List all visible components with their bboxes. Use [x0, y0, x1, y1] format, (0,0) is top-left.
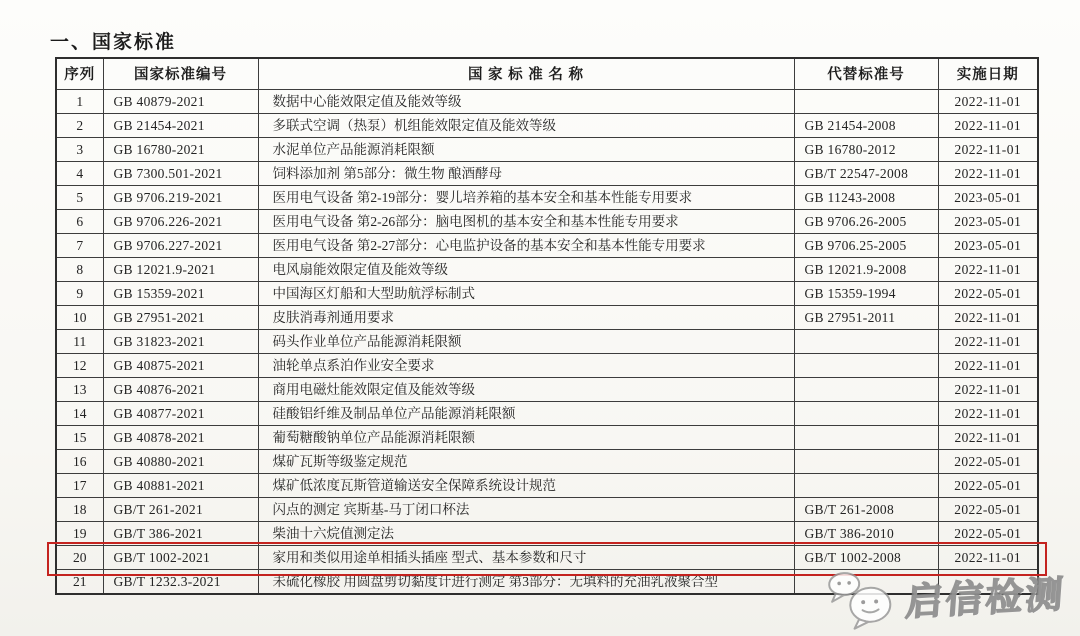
table-row: 1 GB 40879-2021 数据中心能效限定值及能效等级 2022-11-0…	[56, 89, 1038, 113]
header-name: 国 家 标 准 名 称	[258, 58, 794, 89]
cell-seq: 11	[56, 329, 103, 353]
table-body: 1 GB 40879-2021 数据中心能效限定值及能效等级 2022-11-0…	[56, 89, 1038, 594]
cell-date: 2022-11-01	[938, 89, 1038, 113]
cell-code: GB 31823-2021	[103, 329, 258, 353]
cell-code: GB 9706.219-2021	[103, 185, 258, 209]
cell-seq: 3	[56, 137, 103, 161]
cell-code: GB 40875-2021	[103, 353, 258, 377]
chat-bubbles-face-icon	[819, 568, 908, 634]
table-row: 14 GB 40877-2021 硅酸铝纤维及制品单位产品能源消耗限额 2022…	[56, 401, 1038, 425]
header-code: 国家标准编号	[103, 58, 258, 89]
cell-replaced	[794, 377, 938, 401]
cell-seq: 4	[56, 161, 103, 185]
cell-name: 中国海区灯船和大型助航浮标制式	[258, 281, 794, 305]
cell-name: 医用电气设备 第2-19部分：婴儿培养箱的基本安全和基本性能专用要求	[258, 185, 794, 209]
cell-date: 2023-05-01	[938, 209, 1038, 233]
table-row: 15 GB 40878-2021 葡萄糖酸钠单位产品能源消耗限额 2022-11…	[56, 425, 1038, 449]
cell-name: 葡萄糖酸钠单位产品能源消耗限额	[258, 425, 794, 449]
header-date: 实施日期	[938, 58, 1038, 89]
cell-name: 医用电气设备 第2-27部分：心电监护设备的基本安全和基本性能专用要求	[258, 233, 794, 257]
cell-name: 油轮单点系泊作业安全要求	[258, 353, 794, 377]
cell-seq: 6	[56, 209, 103, 233]
cell-replaced: GB 16780-2012	[794, 137, 938, 161]
cell-date: 2023-05-01	[938, 233, 1038, 257]
cell-code: GB 7300.501-2021	[103, 161, 258, 185]
header-seq: 序列	[56, 58, 103, 89]
cell-replaced: GB/T 386-2010	[794, 521, 938, 545]
cell-seq: 12	[56, 353, 103, 377]
cell-name: 柴油十六烷值测定法	[258, 521, 794, 545]
cell-name: 医用电气设备 第2-26部分：脑电图机的基本安全和基本性能专用要求	[258, 209, 794, 233]
cell-code: GB 15359-2021	[103, 281, 258, 305]
cell-date: 2022-11-01	[938, 113, 1038, 137]
cell-date: 2022-05-01	[938, 521, 1038, 545]
cell-replaced: GB/T 261-2008	[794, 497, 938, 521]
cell-seq: 10	[56, 305, 103, 329]
cell-code: GB 21454-2021	[103, 113, 258, 137]
cell-seq: 20	[56, 545, 103, 569]
cell-replaced: GB 21454-2008	[794, 113, 938, 137]
cell-name: 商用电磁灶能效限定值及能效等级	[258, 377, 794, 401]
cell-replaced	[794, 473, 938, 497]
table-row: 2 GB 21454-2021 多联式空调（热泵）机组能效限定值及能效等级 GB…	[56, 113, 1038, 137]
cell-seq: 7	[56, 233, 103, 257]
cell-replaced: GB 9706.25-2005	[794, 233, 938, 257]
cell-replaced	[794, 401, 938, 425]
cell-name: 煤矿瓦斯等级鉴定规范	[258, 449, 794, 473]
table-row: 9 GB 15359-2021 中国海区灯船和大型助航浮标制式 GB 15359…	[56, 281, 1038, 305]
cell-seq: 21	[56, 569, 103, 594]
watermark: 启信检测	[819, 560, 1068, 635]
cell-seq: 2	[56, 113, 103, 137]
cell-code: GB 40876-2021	[103, 377, 258, 401]
cell-code: GB 9706.227-2021	[103, 233, 258, 257]
cell-replaced: GB 12021.9-2008	[794, 257, 938, 281]
cell-replaced: GB 11243-2008	[794, 185, 938, 209]
cell-code: GB/T 386-2021	[103, 521, 258, 545]
cell-code: GB 40881-2021	[103, 473, 258, 497]
table-row: 12 GB 40875-2021 油轮单点系泊作业安全要求 2022-11-01	[56, 353, 1038, 377]
table-row: 16 GB 40880-2021 煤矿瓦斯等级鉴定规范 2022-05-01	[56, 449, 1038, 473]
cell-name: 水泥单位产品能源消耗限额	[258, 137, 794, 161]
table-row: 13 GB 40876-2021 商用电磁灶能效限定值及能效等级 2022-11…	[56, 377, 1038, 401]
cell-code: GB 40878-2021	[103, 425, 258, 449]
table-row: 17 GB 40881-2021 煤矿低浓度瓦斯管道输送安全保障系统设计规范 2…	[56, 473, 1038, 497]
cell-code: GB 40877-2021	[103, 401, 258, 425]
table-row: 8 GB 12021.9-2021 电风扇能效限定值及能效等级 GB 12021…	[56, 257, 1038, 281]
table-row: 11 GB 31823-2021 码头作业单位产品能源消耗限额 2022-11-…	[56, 329, 1038, 353]
cell-date: 2022-11-01	[938, 425, 1038, 449]
cell-name: 家用和类似用途单相插头插座 型式、基本参数和尺寸	[258, 545, 794, 569]
cell-replaced: GB 15359-1994	[794, 281, 938, 305]
cell-code: GB 40879-2021	[103, 89, 258, 113]
cell-date: 2022-11-01	[938, 401, 1038, 425]
cell-date: 2022-05-01	[938, 497, 1038, 521]
table-row: 7 GB 9706.227-2021 医用电气设备 第2-27部分：心电监护设备…	[56, 233, 1038, 257]
cell-code: GB 9706.226-2021	[103, 209, 258, 233]
cell-name: 皮肤消毒剂通用要求	[258, 305, 794, 329]
cell-seq: 16	[56, 449, 103, 473]
header-replaced: 代替标准号	[794, 58, 938, 89]
table-row: 10 GB 27951-2021 皮肤消毒剂通用要求 GB 27951-2011…	[56, 305, 1038, 329]
cell-replaced	[794, 353, 938, 377]
table-row: 19 GB/T 386-2021 柴油十六烷值测定法 GB/T 386-2010…	[56, 521, 1038, 545]
cell-name: 电风扇能效限定值及能效等级	[258, 257, 794, 281]
cell-seq: 17	[56, 473, 103, 497]
cell-code: GB/T 261-2021	[103, 497, 258, 521]
cell-date: 2022-05-01	[938, 473, 1038, 497]
cell-replaced	[794, 89, 938, 113]
cell-name: 闪点的测定 宾斯基-马丁闭口杯法	[258, 497, 794, 521]
cell-code: GB/T 1002-2021	[103, 545, 258, 569]
page-title: 一、国家标准	[50, 27, 176, 54]
cell-replaced	[794, 425, 938, 449]
cell-seq: 13	[56, 377, 103, 401]
cell-name: 未硫化橡胶 用圆盘剪切黏度计进行测定 第3部分：无填料的充油乳液聚合型	[258, 569, 794, 594]
cell-replaced: GB/T 1002-2008	[794, 545, 938, 569]
cell-date: 2022-11-01	[938, 161, 1038, 185]
cell-name: 饲料添加剂 第5部分：微生物 酿酒酵母	[258, 161, 794, 185]
cell-name: 煤矿低浓度瓦斯管道输送安全保障系统设计规范	[258, 473, 794, 497]
cell-replaced: GB/T 22547-2008	[794, 161, 938, 185]
cell-name: 码头作业单位产品能源消耗限额	[258, 329, 794, 353]
cell-date: 2022-11-01	[938, 137, 1038, 161]
cell-seq: 5	[56, 185, 103, 209]
cell-code: GB/T 1232.3-2021	[103, 569, 258, 594]
watermark-text: 启信检测	[904, 563, 1068, 626]
cell-seq: 19	[56, 521, 103, 545]
cell-code: GB 16780-2021	[103, 137, 258, 161]
cell-seq: 9	[56, 281, 103, 305]
table-row: 5 GB 9706.219-2021 医用电气设备 第2-19部分：婴儿培养箱的…	[56, 185, 1038, 209]
cell-name: 数据中心能效限定值及能效等级	[258, 89, 794, 113]
cell-seq: 15	[56, 425, 103, 449]
table-row: 6 GB 9706.226-2021 医用电气设备 第2-26部分：脑电图机的基…	[56, 209, 1038, 233]
table-header-row: 序列 国家标准编号 国 家 标 准 名 称 代替标准号 实施日期	[56, 58, 1038, 89]
table-row: 18 GB/T 261-2021 闪点的测定 宾斯基-马丁闭口杯法 GB/T 2…	[56, 497, 1038, 521]
cell-replaced: GB 9706.26-2005	[794, 209, 938, 233]
cell-date: 2022-11-01	[938, 353, 1038, 377]
cell-replaced	[794, 329, 938, 353]
table-row: 4 GB 7300.501-2021 饲料添加剂 第5部分：微生物 酿酒酵母 G…	[56, 161, 1038, 185]
standards-table: 序列 国家标准编号 国 家 标 准 名 称 代替标准号 实施日期 1 GB 40…	[55, 57, 1039, 595]
cell-date: 2022-11-01	[938, 305, 1038, 329]
cell-seq: 8	[56, 257, 103, 281]
cell-code: GB 12021.9-2021	[103, 257, 258, 281]
cell-date: 2022-11-01	[938, 257, 1038, 281]
cell-seq: 14	[56, 401, 103, 425]
cell-seq: 18	[56, 497, 103, 521]
cell-date: 2022-05-01	[938, 281, 1038, 305]
table-row: 3 GB 16780-2021 水泥单位产品能源消耗限额 GB 16780-20…	[56, 137, 1038, 161]
cell-code: GB 27951-2021	[103, 305, 258, 329]
cell-replaced	[794, 449, 938, 473]
cell-seq: 1	[56, 89, 103, 113]
cell-date: 2022-11-01	[938, 377, 1038, 401]
cell-name: 硅酸铝纤维及制品单位产品能源消耗限额	[258, 401, 794, 425]
cell-replaced: GB 27951-2011	[794, 305, 938, 329]
cell-date: 2022-11-01	[938, 329, 1038, 353]
cell-name: 多联式空调（热泵）机组能效限定值及能效等级	[258, 113, 794, 137]
cell-date: 2023-05-01	[938, 185, 1038, 209]
table-row: 20 GB/T 1002-2021 家用和类似用途单相插头插座 型式、基本参数和…	[56, 545, 1038, 569]
cell-code: GB 40880-2021	[103, 449, 258, 473]
cell-date: 2022-05-01	[938, 449, 1038, 473]
